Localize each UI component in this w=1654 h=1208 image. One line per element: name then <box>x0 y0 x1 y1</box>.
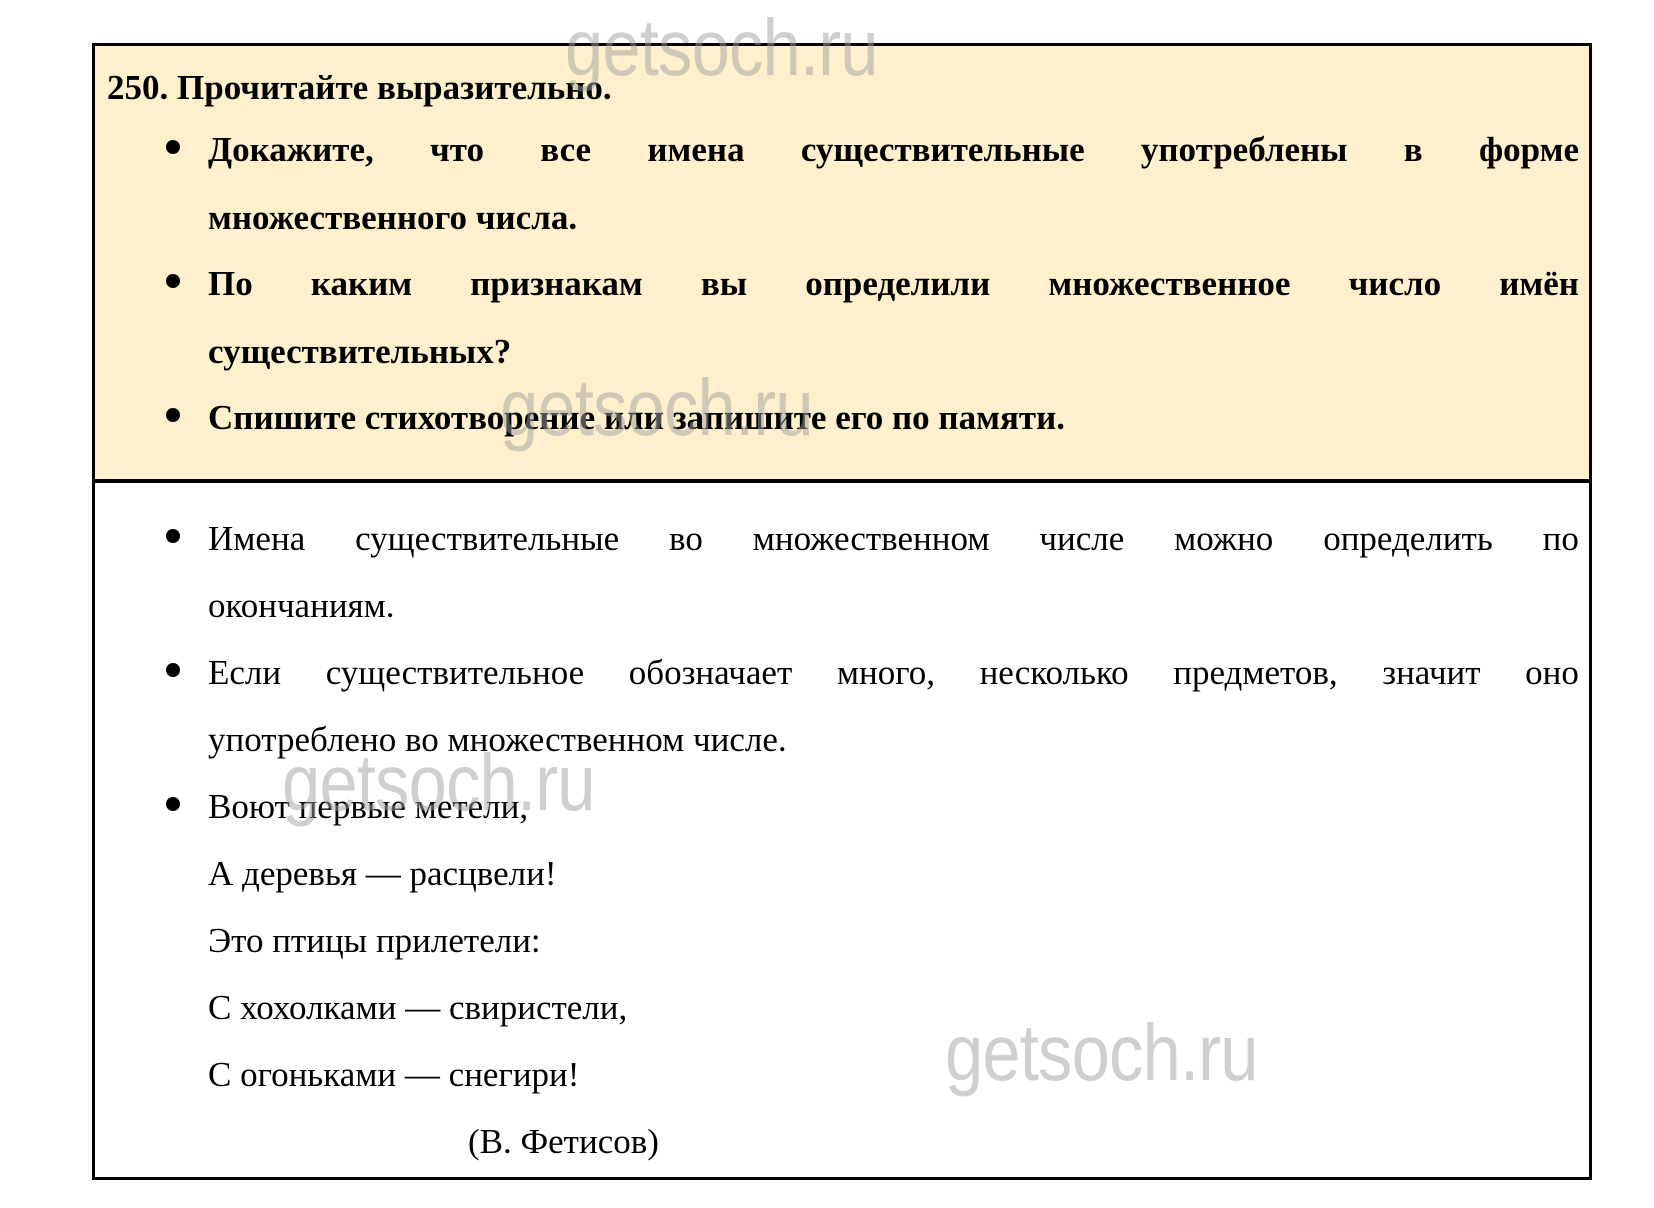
word: по <box>1543 519 1579 559</box>
word: имён <box>1499 264 1579 304</box>
bullet-icon <box>166 529 180 543</box>
word: Докажите, <box>208 130 374 170</box>
poem-line-1: Воют первые метели, <box>208 787 528 827</box>
task-bullet-2-line-2: существительных? <box>208 332 511 372</box>
bullet-icon <box>166 408 180 422</box>
poem-line-3: Это птицы прилетели: <box>208 921 541 961</box>
word: несколько <box>980 653 1129 693</box>
task-bullet-1-line-2: множественного числа. <box>208 198 577 238</box>
word: существительные <box>355 519 619 559</box>
word: в <box>1404 130 1423 170</box>
word: существительное <box>326 653 584 693</box>
answer-bullet-2-line-1: Еслисуществительноеобозначаетмного,неско… <box>208 653 1579 693</box>
word: определить <box>1323 519 1493 559</box>
task-bullet-1-line-1: Докажите,чтовсеименасуществительныеупотр… <box>208 130 1579 170</box>
word: обозначает <box>629 653 792 693</box>
poem-line-2: А деревья — расцвели! <box>208 854 557 894</box>
word: существительные <box>801 130 1085 170</box>
answer-bullet-2-line-2: употреблено во множественном числе. <box>208 720 787 760</box>
word: определили <box>805 264 990 304</box>
word: все <box>540 130 591 170</box>
bullet-icon <box>166 797 180 811</box>
poem-line-4: С хохолками — свиристели, <box>208 988 627 1028</box>
word: много, <box>837 653 935 693</box>
word: число <box>1349 264 1442 304</box>
bullet-icon <box>166 274 180 288</box>
answer-section: Именасуществительныевомножественномчисле… <box>95 483 1589 1177</box>
exercise-frame: 250. Прочитайте выразительно. Докажите,ч… <box>92 43 1592 1180</box>
word: во <box>669 519 703 559</box>
poem-author: (В. Фетисов) <box>468 1122 659 1162</box>
word: множественное <box>1048 264 1290 304</box>
task-bullet-3: Спишите стихотворение или запишите его п… <box>208 398 1065 438</box>
bullet-icon <box>166 663 180 677</box>
word: употреблены <box>1141 130 1348 170</box>
exercise-title: 250. Прочитайте выразительно. <box>107 68 612 108</box>
word: значит <box>1382 653 1480 693</box>
word: можно <box>1174 519 1273 559</box>
word: имена <box>647 130 744 170</box>
word: Имена <box>208 519 305 559</box>
answer-bullet-1-line-1: Именасуществительныевомножественномчисле… <box>208 519 1579 559</box>
task-bullet-2-line-1: Покакимпризнакамвыопределилимножественно… <box>208 264 1579 304</box>
word: предметов, <box>1173 653 1337 693</box>
word: Если <box>208 653 281 693</box>
word: форме <box>1479 130 1579 170</box>
answer-bullet-1-line-2: окончаниям. <box>208 586 395 626</box>
word: каким <box>311 264 412 304</box>
bullet-icon <box>166 140 180 154</box>
word: признакам <box>470 264 643 304</box>
word: числе <box>1039 519 1124 559</box>
word: оно <box>1525 653 1579 693</box>
poem-line-5: С огоньками — снегири! <box>208 1055 579 1095</box>
word: множественном <box>753 519 990 559</box>
word: что <box>430 130 484 170</box>
word: вы <box>701 264 747 304</box>
task-section: 250. Прочитайте выразительно. Докажите,ч… <box>95 46 1589 483</box>
word: По <box>208 264 253 304</box>
